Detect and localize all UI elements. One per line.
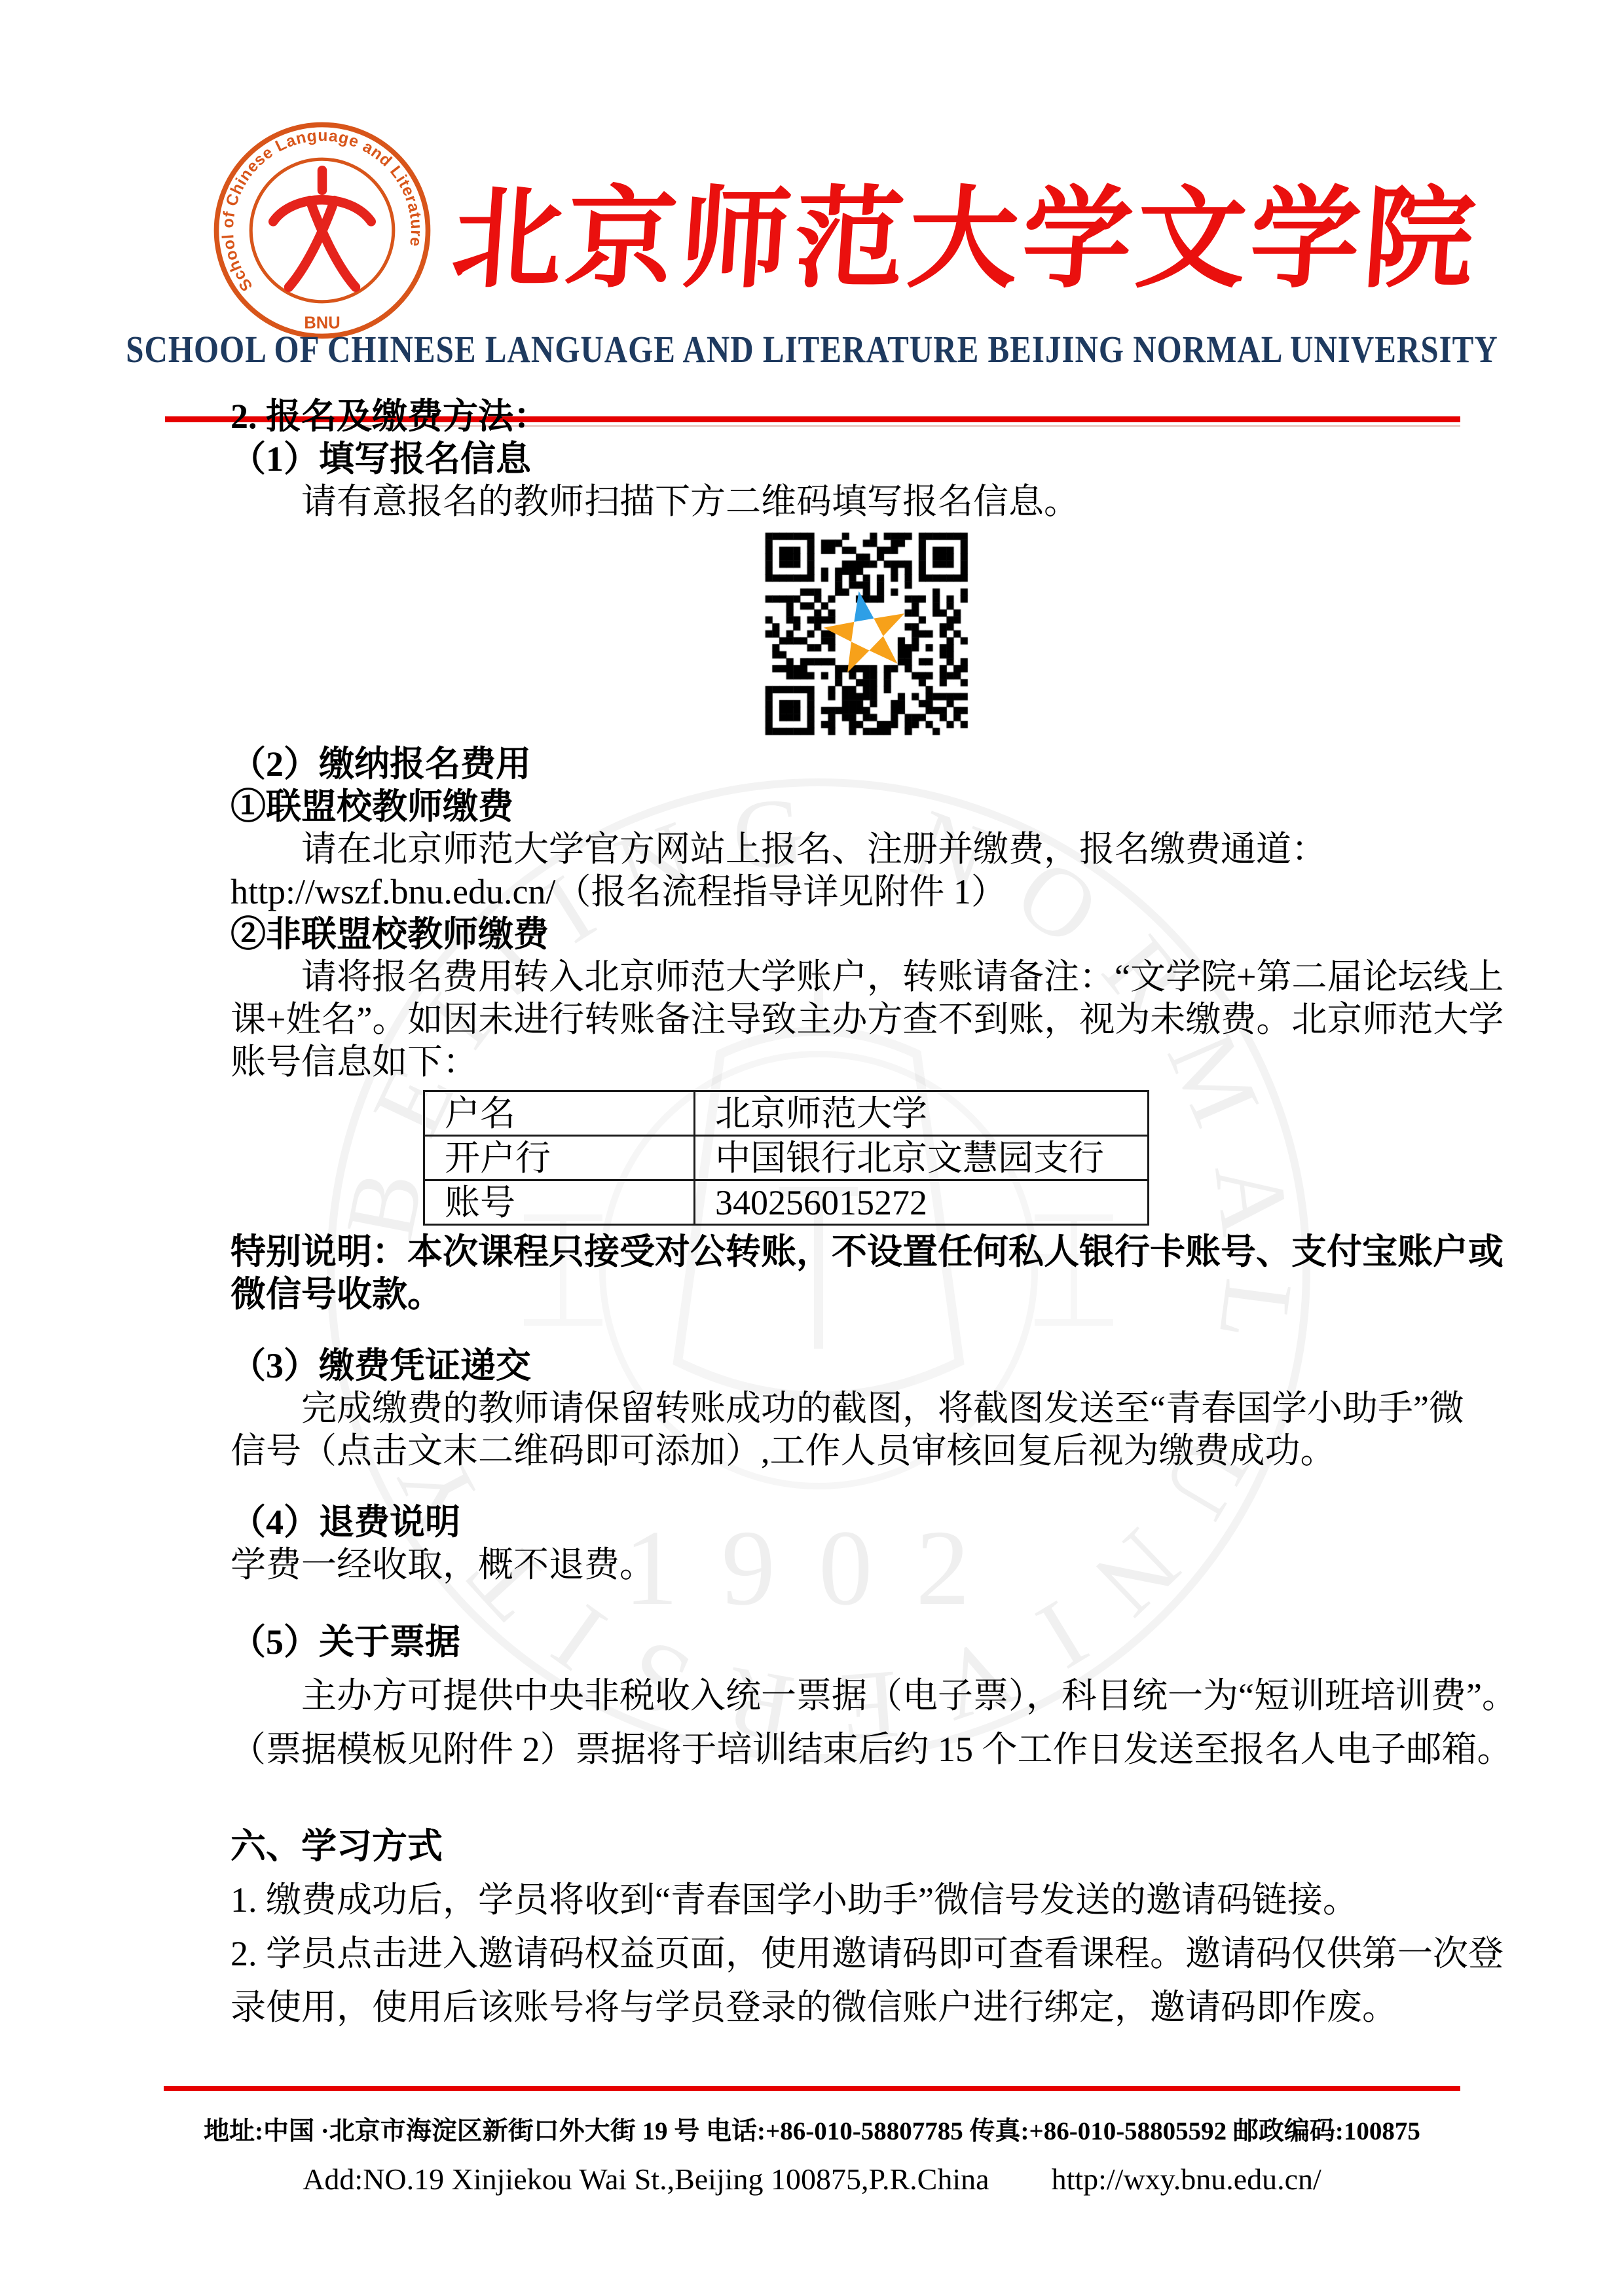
- footer-address-en: Add:NO.19 Xinjiekou Wai St.,Beijing 1008…: [303, 2162, 989, 2196]
- table-cell-value: 北京师范大学: [695, 1091, 1149, 1136]
- registration-qr-code: [758, 526, 974, 742]
- table-cell-label: 开户行: [424, 1136, 695, 1180]
- footer-website: http://wxy.bnu.edu.cn/: [1052, 2162, 1321, 2196]
- table-cell-value: 中国银行北京文慧园支行: [695, 1136, 1149, 1180]
- special-note-line: 微信号收款。: [231, 1273, 1404, 1316]
- blank-line: [231, 1776, 1404, 1819]
- section-heading: （2）缴纳报名费用: [231, 743, 1404, 786]
- table-row: 户名北京师范大学: [424, 1091, 1149, 1136]
- paragraph-line: 账号信息如下：: [231, 1041, 1404, 1084]
- document-body: 2. 报名及缴费方法：（1）填写报名信息请有意报名的教师扫描下方二维码填写报名信…: [231, 395, 1404, 2034]
- wen-character-icon: [273, 170, 371, 287]
- paragraph-line: http://wszf.bnu.edu.cn/（报名流程指导详见附件 1）: [231, 871, 1404, 913]
- table-cell-label: 户名: [424, 1091, 695, 1136]
- table-row: 开户行中国银行北京文慧园支行: [424, 1136, 1149, 1180]
- paragraph-line: 请在北京师范大学官方网站上报名、注册并缴费，报名缴费通道：: [231, 828, 1404, 871]
- paragraph-line: 请将报名费用转入北京师范大学账户，转账请备注：“文学院+第二届论坛线上: [231, 956, 1404, 998]
- paragraph-line: 完成缴费的教师请保留转账成功的截图，将截图发送至“青春国学小助手”微: [231, 1387, 1404, 1430]
- paragraph-line: 请有意报名的教师扫描下方二维码填写报名信息。: [231, 481, 1404, 523]
- table-row: 账号340256015272: [424, 1180, 1149, 1225]
- paragraph-line: 信号（点击文末二维码即可添加）,工作人员审核回复后视为缴费成功。: [231, 1430, 1404, 1472]
- section-heading: ①联盟校教师缴费: [231, 786, 1404, 828]
- document-page: BEIJING NORMAL UNIVERSITY 1902 School of…: [0, 0, 1624, 2296]
- section-heading: （3）缴费凭证递交: [231, 1345, 1404, 1387]
- section-heading: （4）退费说明: [231, 1501, 1404, 1544]
- blank-line: [231, 1472, 1404, 1501]
- paragraph-line: 课+姓名”。如因未进行转账备注导致主办方查不到账，视为未缴费。北京师范大学: [231, 998, 1404, 1041]
- star-icon: [821, 588, 912, 680]
- school-logo: School of Chinese Language and Literatur…: [211, 119, 434, 342]
- paragraph-line: （票据模板见附件 2）票据将于培训结束后约 15 个工作日发送至报名人电子邮箱。: [231, 1722, 1404, 1776]
- paragraph-line: 学费一经收取，概不退费。: [231, 1544, 1404, 1586]
- special-note-line: 特别说明：本次课程只接受对公转账，不设置任何私人银行卡账号、支付宝账户或: [231, 1231, 1404, 1273]
- table-cell-value: 340256015272: [695, 1180, 1149, 1225]
- section-heading: （1）填写报名信息: [231, 438, 1404, 481]
- section-heading: （5）关于票据: [231, 1615, 1404, 1669]
- table-cell-label: 账号: [424, 1180, 695, 1225]
- page-subtitle: SCHOOL OF CHINESE LANGUAGE AND LITERATUR…: [0, 327, 1624, 371]
- paragraph-line: 2. 学员点击进入邀请码权益页面，使用邀请码即可查看课程。邀请码仅供第一次登: [231, 1927, 1404, 1980]
- blank-line: [231, 1586, 1404, 1615]
- section-heading: 2. 报名及缴费方法：: [231, 395, 1404, 438]
- footer-contact-cn: 地址:中国 ·北京市海淀区新街口外大街 19 号 电话:+86-010-5880…: [0, 2111, 1624, 2147]
- footer-contact-en: Add:NO.19 Xinjiekou Wai St.,Beijing 1008…: [0, 2162, 1624, 2196]
- section-heading: ②非联盟校教师缴费: [231, 913, 1404, 956]
- paragraph-line: 主办方可提供中央非税收入统一票据（电子票），科目统一为“短训班培训费”。: [231, 1669, 1404, 1722]
- paragraph-line: 1. 缴费成功后，学员将收到“青春国学小助手”微信号发送的邀请码链接。: [231, 1873, 1404, 1927]
- blank-line: [231, 1316, 1404, 1345]
- page-title: 北京师范大学文学院: [446, 165, 1407, 335]
- footer-rule: [164, 2086, 1460, 2091]
- section-heading: 六、学习方式: [231, 1819, 1404, 1873]
- bank-account-table: 户名北京师范大学开户行中国银行北京文慧园支行账号340256015272: [423, 1090, 1149, 1226]
- paragraph-line: 录使用，使用后该账号将与学员登录的微信账户进行绑定，邀请码即作废。: [231, 1980, 1404, 2034]
